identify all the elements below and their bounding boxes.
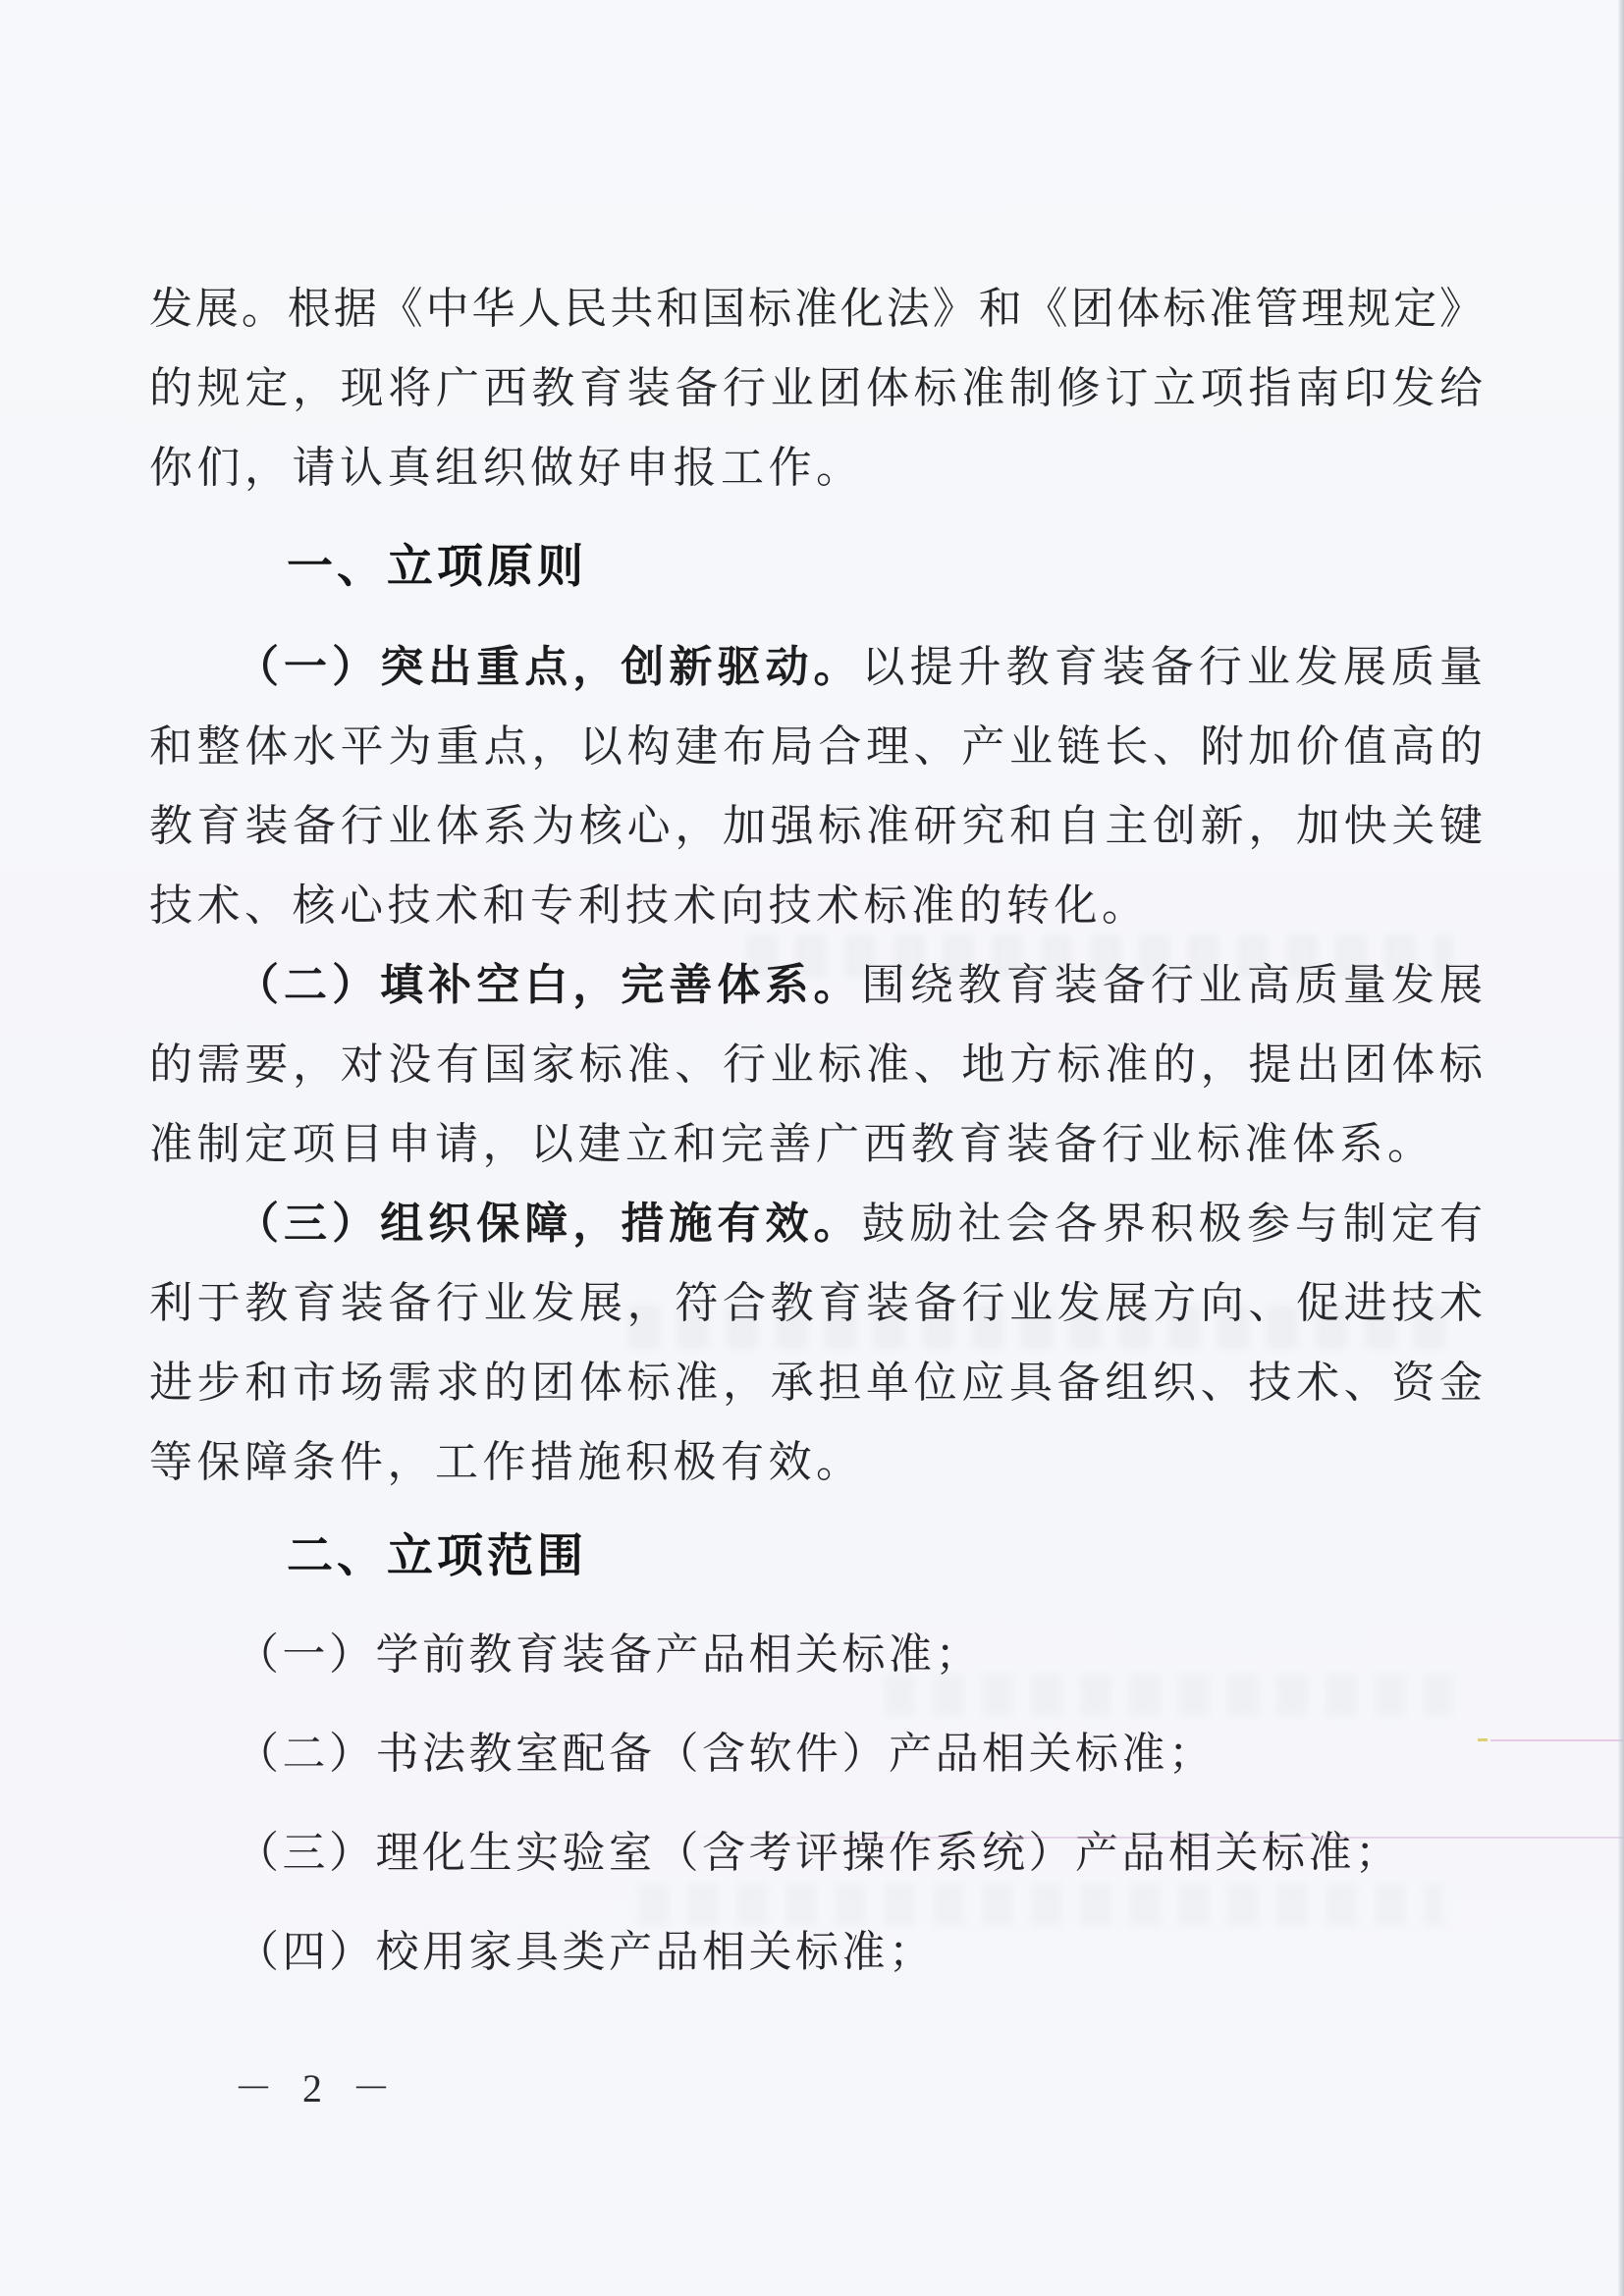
paragraph: 发展。根据《中华人民共和国标准化法》和《团体标准管理规定》的规定，现将广西教育装… bbox=[149, 269, 1485, 507]
text-line: 进步和市场需求的团体标准，承担单位应具备组织、技术、资金 bbox=[149, 1343, 1485, 1422]
text-line: 的需要，对没有国家标准、行业标准、地方标准的，提出团体标 bbox=[149, 1025, 1485, 1104]
text-line: 等保障条件，工作措施积极有效。 bbox=[149, 1422, 1485, 1502]
text-line: 和整体水平为重点，以构建布局合理、产业链长、附加价值高的 bbox=[149, 707, 1485, 786]
scanned-document-page: 发展。根据《中华人民共和国标准化法》和《团体标准管理规定》的规定，现将广西教育装… bbox=[0, 0, 1624, 2296]
section-heading: 一、立项原则 bbox=[149, 526, 1485, 606]
bold-lead-text: （一）突出重点，创新驱动。 bbox=[236, 643, 862, 691]
scan-line-artifact bbox=[677, 1837, 1624, 1839]
body-text: 鼓励社会各界积极参与制定有 bbox=[862, 1200, 1485, 1248]
list-item: （三）理化生实验室（含考评操作系统）产品相关标准； bbox=[149, 1813, 1485, 1893]
scan-line-artifact bbox=[1490, 1739, 1624, 1741]
text-line: 你们，请认真组织做好申报工作。 bbox=[149, 428, 1485, 507]
body-text: 利于教育装备行业发展，符合教育装备行业发展方向、促进技术 bbox=[149, 1279, 1485, 1327]
body-text: 等保障条件，工作措施积极有效。 bbox=[149, 1438, 864, 1486]
list-item: （一）学前教育装备产品相关标准； bbox=[149, 1615, 1485, 1694]
document-body: 发展。根据《中华人民共和国标准化法》和《团体标准管理规定》的规定，现将广西教育装… bbox=[149, 269, 1485, 1992]
scan-edge-shadow bbox=[1618, 0, 1624, 2296]
body-text: 技术、核心技术和专利技术向技术标准的转化。 bbox=[149, 881, 1150, 930]
list-item: （二）书法教室配备（含软件）产品相关标准； bbox=[149, 1714, 1485, 1793]
text-line: 技术、核心技术和专利技术向技术标准的转化。 bbox=[149, 866, 1485, 945]
paragraph: （三）组织保障，措施有效。鼓励社会各界积极参与制定有利于教育装备行业发展，符合教… bbox=[149, 1184, 1485, 1502]
page-number: － 2 － bbox=[234, 2049, 401, 2128]
text-line: （三）组织保障，措施有效。鼓励社会各界积极参与制定有 bbox=[149, 1184, 1485, 1263]
text-line: 利于教育装备行业发展，符合教育装备行业发展方向、促进技术 bbox=[149, 1263, 1485, 1343]
body-text: 你们，请认真组织做好申报工作。 bbox=[149, 444, 864, 492]
text-line: 教育装备行业体系为核心，加强标准研究和自主创新，加快关键 bbox=[149, 786, 1485, 866]
list-item: （四）校用家具类产品相关标准； bbox=[149, 1912, 1485, 1992]
body-text: 的需要，对没有国家标准、行业标准、地方标准的，提出团体标 bbox=[149, 1041, 1485, 1089]
paragraph: （一）突出重点，创新驱动。以提升教育装备行业发展质量和整体水平为重点，以构建布局… bbox=[149, 627, 1485, 945]
text-line: （一）突出重点，创新驱动。以提升教育装备行业发展质量 bbox=[149, 627, 1485, 707]
text-line: （二）填补空白，完善体系。围绕教育装备行业高质量发展 bbox=[149, 945, 1485, 1025]
paragraph: （二）填补空白，完善体系。围绕教育装备行业高质量发展的需要，对没有国家标准、行业… bbox=[149, 945, 1485, 1184]
body-text: 以提升教育装备行业发展质量 bbox=[862, 643, 1485, 691]
bold-lead-text: （二）填补空白，完善体系。 bbox=[236, 961, 862, 1009]
body-text: 准制定项目申请，以建立和完善广西教育装备行业标准体系。 bbox=[149, 1120, 1435, 1168]
body-text: 教育装备行业体系为核心，加强标准研究和自主创新，加快关键 bbox=[149, 802, 1485, 850]
text-line: 准制定项目申请，以建立和完善广西教育装备行业标准体系。 bbox=[149, 1104, 1485, 1184]
body-text: 和整体水平为重点，以构建布局合理、产业链长、附加价值高的 bbox=[149, 722, 1485, 771]
section-heading: 二、立项范围 bbox=[149, 1516, 1485, 1595]
scan-dash-artifact bbox=[1478, 1738, 1488, 1741]
body-text: 进步和市场需求的团体标准，承担单位应具备组织、技术、资金 bbox=[149, 1359, 1485, 1407]
text-line: 发展。根据《中华人民共和国标准化法》和《团体标准管理规定》 bbox=[149, 269, 1485, 348]
text-line: 的规定，现将广西教育装备行业团体标准制修订立项指南印发给 bbox=[149, 348, 1485, 428]
body-text: 的规定，现将广西教育装备行业团体标准制修订立项指南印发给 bbox=[149, 364, 1485, 412]
bold-lead-text: （三）组织保障，措施有效。 bbox=[236, 1200, 862, 1248]
body-text: 发展。根据《中华人民共和国标准化法》和《团体标准管理规定》 bbox=[149, 285, 1485, 333]
body-text: 围绕教育装备行业高质量发展 bbox=[862, 961, 1485, 1009]
